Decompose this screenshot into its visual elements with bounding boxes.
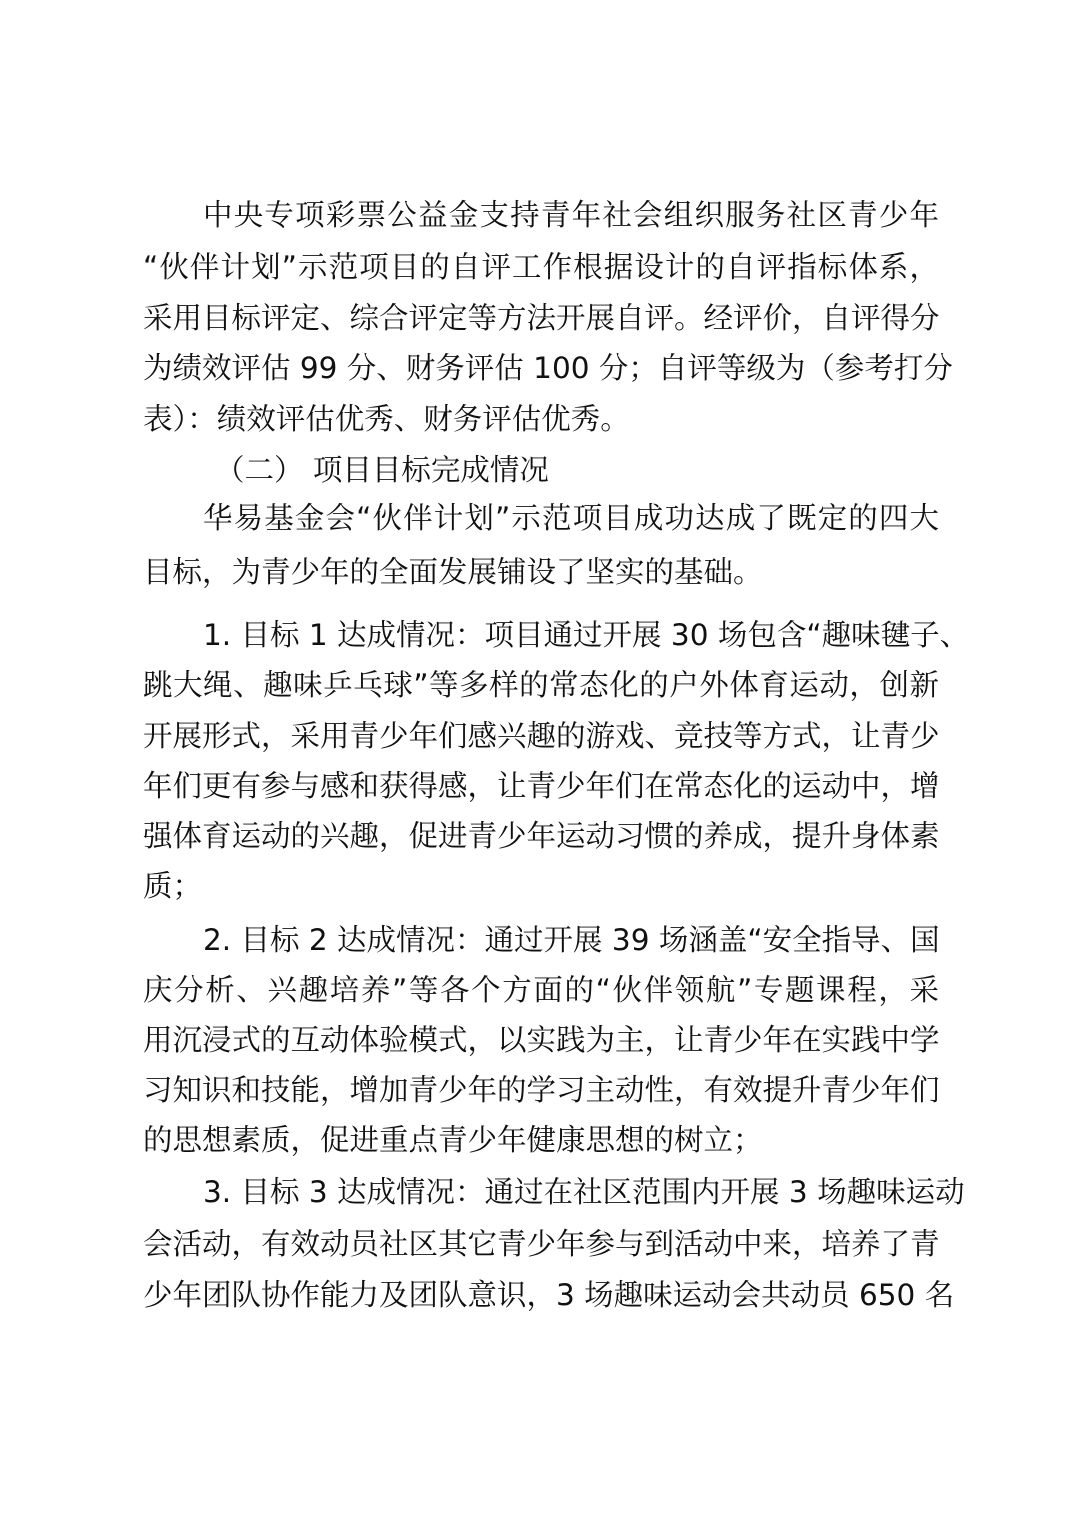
intro-line-1: 中央专项彩票公益金支持青年社会组织服务社区青少年: [203, 190, 939, 240]
summary-line-2: 目标，为青少年的全面发展铺设了坚实的基础。: [143, 547, 939, 597]
intro-line-5: 表）：绩效评估优秀、财务评估优秀。: [143, 394, 939, 444]
goal-1-line-5: 强体育运动的兴趣，促进青少年运动习惯的养成，提升身体素: [143, 811, 939, 861]
goal-1-line-6: 质；: [143, 861, 939, 911]
goal-3-line-2: 会活动，有效动员社区其它青少年参与到活动中来，培养了青: [143, 1219, 939, 1269]
intro-line-2: “伙伴计划”示范项目的自评工作根据设计的自评指标体系，: [143, 242, 939, 292]
goal-2-line-4: 习知识和技能，增加青少年的学习主动性，有效提升青少年们: [143, 1065, 939, 1115]
goal-1-line-4: 年们更有参与感和获得感，让青少年们在常态化的运动中，增: [143, 761, 939, 811]
goal-2-line-5: 的思想素质，促进重点青少年健康思想的树立；: [143, 1115, 939, 1165]
goal-2-line-3: 用沉浸式的互动体验模式，以实践为主，让青少年在实践中学: [143, 1015, 939, 1065]
goal-1-line-3: 开展形式，采用青少年们感兴趣的游戏、竞技等方式，让青少: [143, 711, 939, 761]
section-heading: （二） 项目目标完成情况: [215, 445, 939, 495]
goal-2-line-2: 庆分析、兴趣培养”等各个方面的“伙伴领航”专题课程，采: [143, 965, 939, 1015]
intro-line-3: 采用目标评定、综合评定等方法开展自评。经评价，自评得分: [143, 293, 939, 343]
goal-1-line-2: 跳大绳、趣味乒乓球”等多样的常态化的户外体育运动，创新: [143, 660, 939, 710]
goal-1-line-1: 1. 目标 1 达成情况：项目通过开展 30 场包含“趣味毽子、: [203, 610, 939, 660]
goal-3-line-3: 少年团队协作能力及团队意识，3 场趣味运动会共动员 650 名: [143, 1270, 939, 1320]
goal-2-line-1: 2. 目标 2 达成情况：通过开展 39 场涵盖“安全指导、国: [203, 915, 939, 965]
intro-line-4: 为绩效评估 99 分、财务评估 100 分；自评等级为（参考打分: [143, 343, 939, 393]
summary-line-1: 华易基金会“伙伴计划”示范项目成功达成了既定的四大: [203, 493, 939, 543]
goal-3-line-1: 3. 目标 3 达成情况：通过在社区范围内开展 3 场趣味运动: [203, 1167, 939, 1217]
